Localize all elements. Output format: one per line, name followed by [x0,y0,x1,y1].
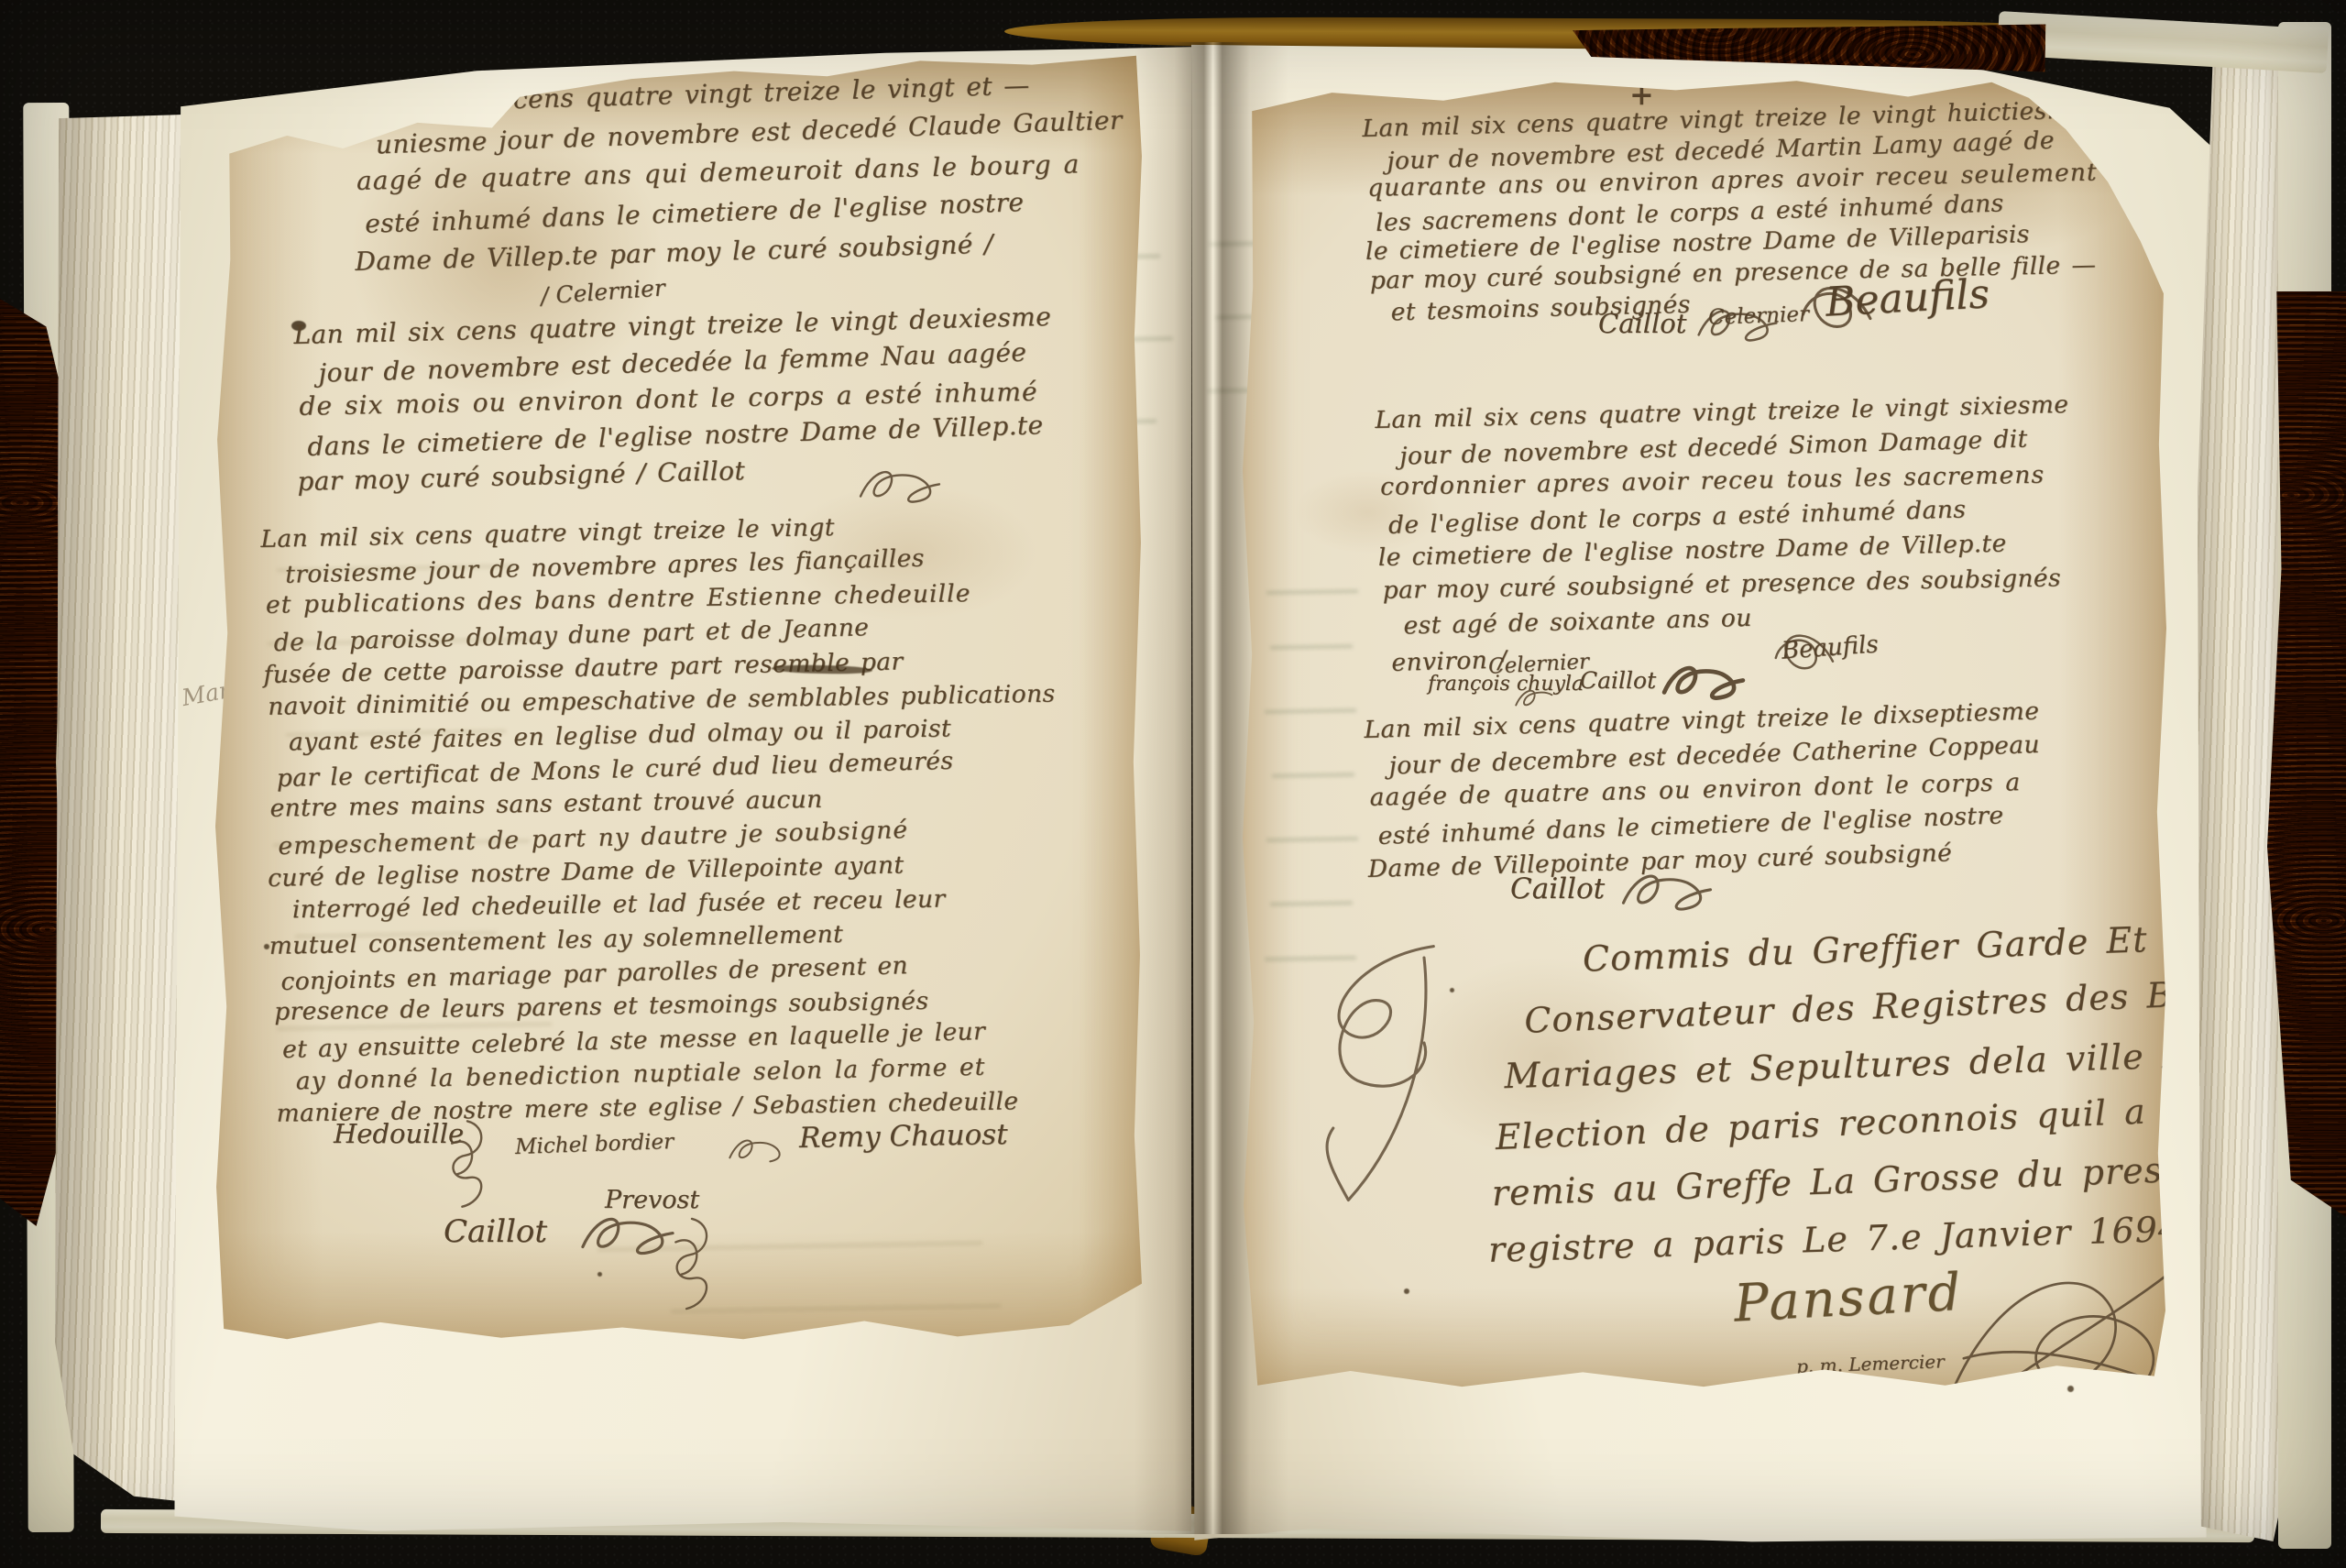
burial-entry: Lan mil six cens quatre vingt treize le … [1364,690,2193,887]
signature-caillot: Caillot [1598,308,1686,339]
marriage-entry: Lan mil six cens quatre vingt treize le … [260,504,1135,1133]
show-through-text [1270,901,1353,906]
ink-spot [1404,1288,1409,1294]
burial-entry: Lan mil six cens quatre vingt treize le … [1362,93,2183,329]
ink-spot [1798,590,1802,594]
right-leaf: + Lan mil six cens quatre vingt treize l… [1239,77,2168,1389]
show-through-text [1266,589,1358,595]
signature-paraph [726,1135,790,1171]
manuscript-photo: Mariage + Lan mil six cens quatre vingt … [0,0,2346,1568]
ink-spot [597,1272,602,1277]
show-through-text [1265,708,1356,714]
signature-caillot: Caillot [1580,667,1656,694]
signature-pansard: Pansard [1732,1262,1964,1333]
signature-paraph [854,464,946,515]
book-cover-corner-top-right [1997,11,2329,73]
signature-beaufils: Beaufils [1825,270,1990,325]
ink-spot [264,944,269,949]
show-through-text [1272,773,1354,778]
signature-remy: Remy Chauost [799,1118,1008,1155]
signature-bordier: Michel bordier [515,1130,674,1159]
signature-caillot: Caillot [1510,872,1605,905]
greffier-certification: Commis du Greffier Garde EtConservateur … [1470,910,2178,1280]
signature-paraph [577,1210,678,1268]
burial-entry: Lan mil six cens quatre vingt treize le … [293,297,1141,500]
signature-caillot: Caillot [444,1213,547,1250]
ink-spot [2067,1386,2074,1392]
ink-spot [1450,988,1454,992]
show-through-text [1270,644,1353,650]
show-through-text [1266,837,1358,842]
left-leaf: + Lan mil six cens quatre vingt treize l… [213,53,1144,1342]
calligraphic-initial [1290,929,1501,1213]
signature-paraph [442,1114,493,1215]
signature-celernier: / Celernier [540,274,666,309]
signature-paraph [1617,867,1717,924]
